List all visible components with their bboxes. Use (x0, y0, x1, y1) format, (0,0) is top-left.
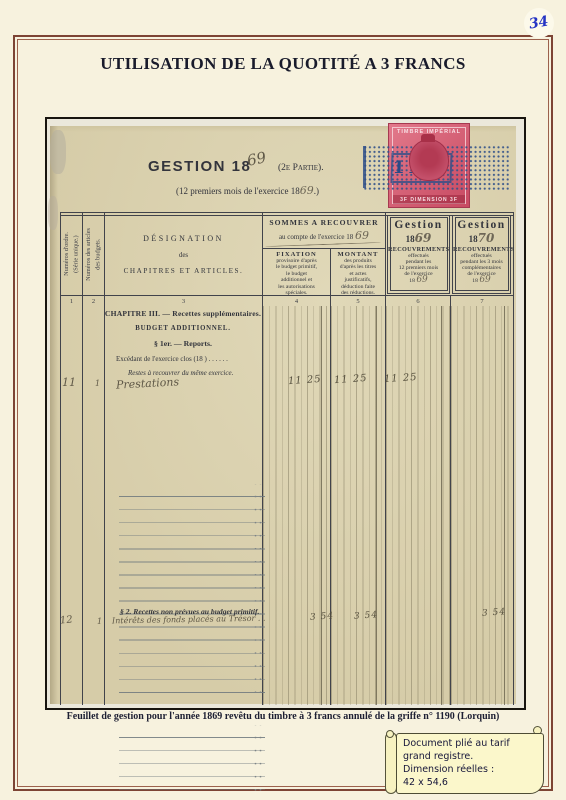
register-table: Numéros d'ordre. (Série unique.) Numéros… (60, 212, 514, 705)
budget-additionnel: BUDGET ADDITIONNEL. (104, 325, 262, 332)
row1-value-col6: 11 25 (384, 372, 418, 385)
year-printed: 18 (469, 234, 478, 244)
year2-hand: 69 (479, 275, 490, 285)
column-number-row: 1 2 3 4 5 6 7 (61, 295, 513, 306)
row1-order-number: 11 (62, 376, 76, 389)
gestion7-year: 1870 (453, 231, 510, 245)
col2-line1: Numéros des articles (84, 228, 93, 281)
year2-printed: 18 (409, 278, 415, 284)
body-col7 (451, 306, 513, 705)
excedent-line: Excédant de l'exercice clos (18 ) . . . … (116, 355, 228, 363)
restes-line: Restes à recouvrer du même exercice. (128, 369, 233, 377)
col2-line2: des budgets. (94, 228, 103, 281)
recouvrements-label: RECOUVREMENTS (453, 246, 510, 253)
col7-line: pendant les 3 mois (453, 259, 510, 265)
paper-wear-mark (50, 130, 66, 174)
paper-wear-mark (48, 196, 58, 230)
des-label: des (105, 251, 262, 259)
partie-label: (2e Partie). (278, 163, 324, 173)
body-col6 (386, 306, 451, 705)
header-col4: FIXATION provisoire d'après le budget pr… (263, 249, 331, 295)
chapitre-heading: CHAPITRE III. — Recettes supplémentaires… (104, 309, 262, 318)
gestion7-title: Gestion (453, 219, 510, 231)
scroll-spiral-icon (386, 730, 394, 738)
year2-printed: 18 (472, 278, 478, 284)
imperial-crest-icon (409, 139, 449, 181)
gestion-subtitle: (12 premiers mois de l'exercice 1869.) (140, 184, 355, 197)
chapitres-label: CHAPITRES ET ARTICLES. (105, 267, 262, 275)
row2-value-col7: 3 54 (482, 607, 507, 619)
page-title: UTILISATION DE LA QUOTITÉ A 3 FRANCS (0, 54, 566, 74)
gestion7-year2: 18 69 (453, 277, 510, 284)
year-hand: 69 (415, 231, 432, 245)
gestion6-year: 1869 (388, 231, 449, 245)
row1-value-col4: 11 25 (288, 374, 322, 387)
page-number: 34 (528, 13, 550, 32)
leader-dots-upper (253, 484, 263, 702)
col2-label: Numéros des articles des budgets. (84, 228, 103, 281)
sommes-title: SOMMES A RECOUVRER (263, 218, 385, 227)
col1-label: Numéros d'ordre. (Série unique.) (62, 232, 81, 276)
header-col6-gestion-1869: Gestion 1869 RECOUVREMENTS effectués pen… (387, 215, 450, 294)
row1-article-number: 1 (95, 379, 100, 388)
row2-article-number: 1 (97, 617, 102, 626)
note-line-1: Document plié au tarif (403, 737, 537, 750)
header-col3: DÉSIGNATION des CHAPITRES ET ARTICLES. (105, 213, 263, 295)
note-line-3: Dimension réelles : (403, 763, 537, 776)
subtitle-close: .) (314, 186, 319, 196)
gestion6-year2: 18 69 (388, 277, 449, 284)
header-col7-gestion-1870: Gestion 1870 RECOUVREMENTS effectués pen… (452, 215, 511, 294)
ruled-lines-upper (119, 484, 265, 702)
dimension-note: Document plié au tarif grand registre. D… (396, 733, 544, 794)
body-col2 (83, 306, 105, 705)
sommes-hand-year: 69 (355, 229, 369, 242)
header-col2: Numéros des articles des budgets. (83, 213, 105, 295)
row2-order-number: 12 (59, 614, 73, 626)
leader-dots-lower (253, 725, 263, 796)
handwritten-year: 69 (300, 184, 314, 197)
cancel-edge-bar (363, 146, 366, 188)
subtitle-text: (12 premiers mois de l'exercice 18 (176, 186, 300, 196)
col1-line2: (Série unique.) (72, 232, 81, 276)
row1-value-col5: 11 25 (334, 373, 368, 386)
body-col5 (331, 306, 386, 705)
note-line-4: 42 x 54,6 (403, 776, 537, 789)
table-body (61, 306, 513, 705)
sommes-sub-text: au compte de l'exercice 18 (279, 233, 353, 241)
year-printed: 18 (406, 234, 415, 244)
header-col5: MONTANT des produits d'après les titres … (331, 249, 386, 295)
fixation-title: FIXATION (263, 251, 330, 258)
body-col1 (61, 306, 83, 705)
note-line-2: grand registre. (403, 750, 537, 763)
section-1-reports: § 1er. — Reports. (104, 339, 262, 348)
page-number-circle: 34 (524, 8, 554, 38)
sommes-subline: au compte de l'exercice 18 69 (263, 229, 385, 242)
album-page: 34 UTILISATION DE LA QUOTITÉ A 3 FRANCS … (0, 0, 566, 800)
montant-title: MONTANT (331, 251, 385, 258)
row2-value-col5: 3 54 (354, 610, 379, 622)
recouvrements-label: RECOUVREMENTS (388, 246, 449, 253)
designation-label: DÉSIGNATION (105, 234, 262, 243)
body-col4 (263, 306, 331, 705)
year2-hand: 69 (416, 275, 427, 285)
col1-line1: Numéros d'ordre. (62, 232, 71, 276)
row2-value-col4: 3 54 (310, 611, 335, 623)
gestion6-title: Gestion (388, 219, 449, 231)
stamp-bottom-text: 3F DIMENSION 3F (393, 195, 465, 204)
ruled-lines-lower (119, 725, 265, 796)
header-col1: Numéros d'ordre. (Série unique.) (61, 213, 83, 295)
gestion-heading: GESTION 18 (148, 158, 251, 175)
year-hand: 70 (478, 231, 495, 245)
exhibit-caption: Feuillet de gestion pour l'année 1869 re… (40, 711, 526, 722)
